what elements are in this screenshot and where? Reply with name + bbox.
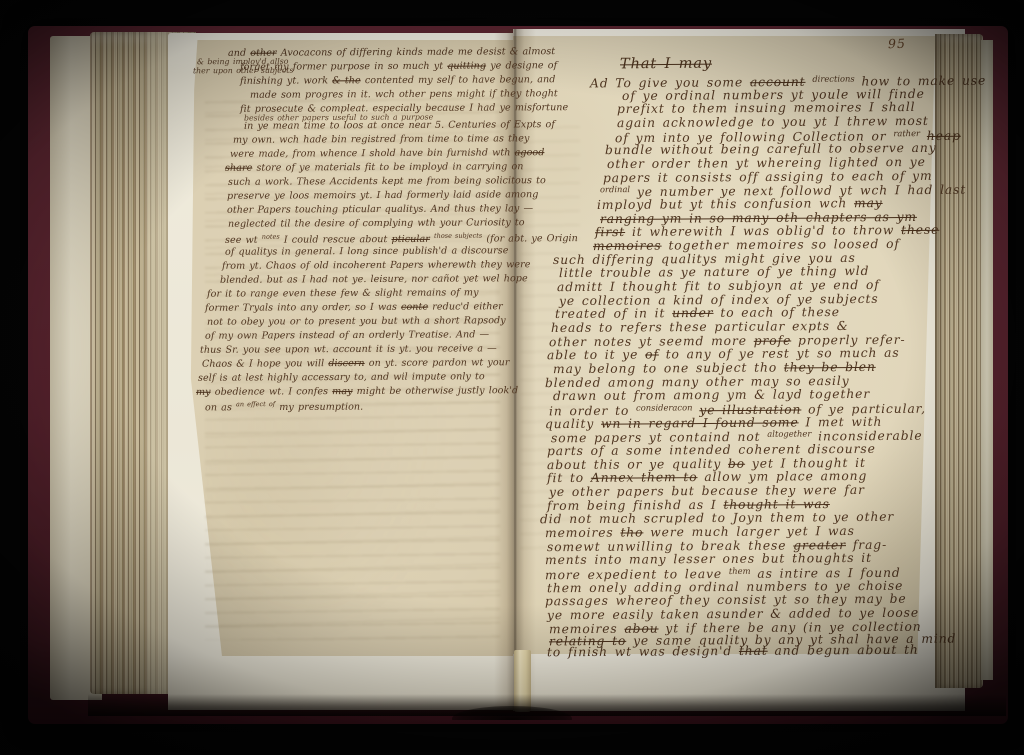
handwritten-text: allow ym place among: [697, 469, 867, 484]
handwritten-text: consideracon: [636, 402, 693, 412]
struck-through-word: under: [672, 306, 713, 320]
handwritten-text: treated of in it: [555, 306, 672, 321]
struck-through-word: may: [854, 196, 883, 210]
handwritten-text: able to it ye: [547, 348, 645, 363]
struck-through-word: bo: [728, 457, 745, 471]
struck-through-word: memoires: [593, 239, 662, 253]
struck-through-word: that: [739, 644, 768, 658]
handwritten-text: to each of these: [713, 305, 839, 320]
struck-through-word: these: [901, 223, 939, 237]
struck-through-word: first: [595, 225, 625, 239]
handwritten-text: to finish wt was design'd: [547, 644, 739, 659]
manuscript-line: That I may: [620, 56, 712, 73]
struck-through-word: tho: [620, 525, 643, 539]
handwritten-text: them: [729, 566, 751, 576]
struck-through-word: That I may: [620, 56, 712, 73]
handwritten-text: ordinal: [600, 184, 630, 194]
handwritten-text: and begun about th: [768, 643, 919, 658]
handwritten-text: fit to: [547, 471, 591, 485]
page-number: 95: [888, 36, 906, 52]
handwritten-text: altogether: [767, 428, 811, 438]
handwritten-text: together memoires so loosed of: [662, 237, 900, 253]
struck-through-word: they be blen: [784, 360, 876, 375]
handwritten-text: directions: [812, 74, 854, 84]
handwritten-text: memoires: [545, 526, 621, 541]
handwritten-text: were much larger yet I was: [643, 524, 855, 539]
manuscript-line: to finish wt was design'd that and begun…: [547, 643, 919, 660]
struck-through-word: Annex them to: [591, 470, 698, 485]
manuscript-photo: & being imploy'd allsother upon other su…: [0, 0, 1024, 755]
handwritten-text: rather: [893, 128, 920, 138]
struck-through-word: of: [645, 347, 659, 361]
right-page-text: That I mayAd To give you some account di…: [0, 0, 1024, 755]
